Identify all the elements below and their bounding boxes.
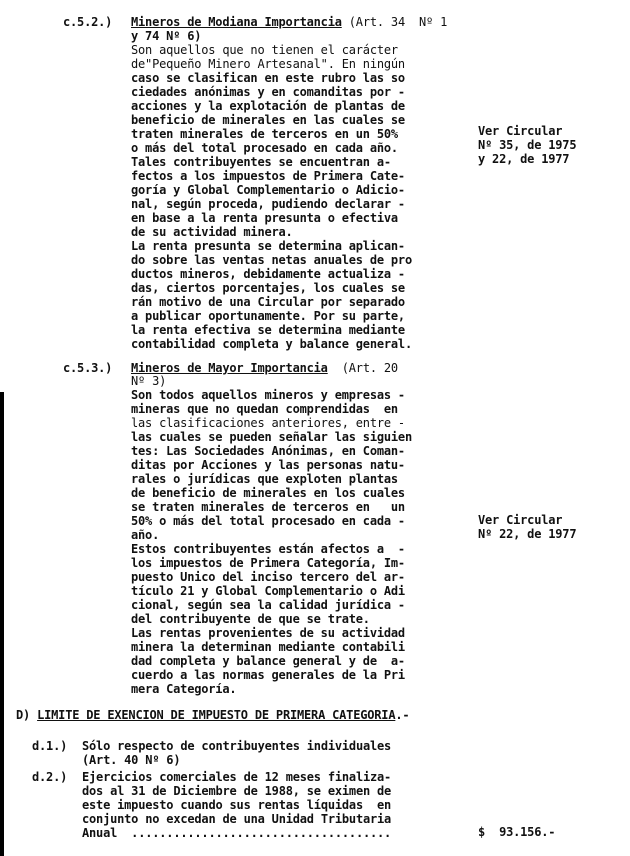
body-line: (Art. 40 Nº 6) bbox=[82, 754, 391, 768]
margin-note-line: Ver Circular bbox=[478, 125, 576, 139]
body-line: las cuales se pueden señalar las siguien bbox=[131, 431, 412, 445]
section-number: c.5.2.) bbox=[63, 16, 112, 30]
body-line: dad completa y balance general y de a- bbox=[131, 655, 412, 669]
body-line: Anual ..................................… bbox=[82, 827, 391, 841]
body-line: las clasificaciones anteriores, entre - bbox=[131, 417, 412, 431]
body-line: en base a la renta presunta o efectiva bbox=[131, 212, 412, 226]
body-line: Son todos aquellos mineros y empresas - bbox=[131, 389, 412, 403]
body-line: La renta presunta se determina aplican- bbox=[131, 240, 412, 254]
body-line: Sólo respecto de contribuyentes individu… bbox=[82, 740, 391, 754]
margin-note-line: y 22, de 1977 bbox=[478, 153, 576, 167]
body-line: tículo 21 y Global Complementario o Adi bbox=[131, 585, 412, 599]
body-line: la renta efectiva se determina mediante bbox=[131, 324, 412, 338]
body-line: puesto Unico del inciso tercero del ar- bbox=[131, 571, 412, 585]
body-line: cuerdo a las normas generales de la Pri bbox=[131, 669, 412, 683]
section-title: Mineros de Mayor Importancia bbox=[131, 361, 328, 375]
body-line: ditas por Acciones y las personas natu- bbox=[131, 459, 412, 473]
body-line: nal, según proceda, pudiendo declarar - bbox=[131, 198, 412, 212]
body-line: y 74 Nº 6) bbox=[131, 30, 412, 44]
body-line: a publicar oportunamente. Por su parte, bbox=[131, 310, 412, 324]
body-line: de"Pequeño Minero Artesanal". En ningún bbox=[131, 58, 412, 72]
margin-note-line: Ver Circular bbox=[478, 514, 576, 528]
body-line: cional, según sea la calidad jurídica - bbox=[131, 599, 412, 613]
body-line: minera la determinan mediante contabili bbox=[131, 641, 412, 655]
body-line: Son aquellos que no tienen el carácter bbox=[131, 44, 412, 58]
body-line: o más del total procesado en cada año. bbox=[131, 142, 412, 156]
body-line: Ejercicios comerciales de 12 meses final… bbox=[82, 771, 391, 785]
section-body: y 74 Nº 6) Son aquellos que no tienen el… bbox=[131, 30, 412, 352]
item-number: d.2.) bbox=[32, 771, 67, 785]
body-line: Tales contribuyentes se encuentran a- bbox=[131, 156, 412, 170]
body-line: Las rentas provenientes de su actividad bbox=[131, 627, 412, 641]
article-reference: (Art. 20 bbox=[328, 361, 398, 375]
body-line: do sobre las ventas netas anuales de pro bbox=[131, 254, 412, 268]
body-line: los impuestos de Primera Categoría, Im- bbox=[131, 557, 412, 571]
body-line: beneficio de minerales en las cuales se bbox=[131, 114, 412, 128]
body-line: mineras que no quedan comprendidas en bbox=[131, 403, 412, 417]
body-line: goría y Global Complementario o Adicio- bbox=[131, 184, 412, 198]
section-body: Nº 3) Son todos aquellos mineros y empre… bbox=[131, 375, 412, 697]
section-heading: Mineros de Modiana Importancia (Art. 34 … bbox=[131, 16, 447, 30]
section-title: LIMITE DE EXENCION DE IMPUESTO DE PRIMER… bbox=[37, 708, 395, 722]
body-line: conjunto no excedan de una Unidad Tribut… bbox=[82, 813, 391, 827]
item-number: d.1.) bbox=[32, 740, 67, 754]
body-line: rales o jurídicas que exploten plantas bbox=[131, 473, 412, 487]
body-line: tes: Las Sociedades Anónimas, en Coman- bbox=[131, 445, 412, 459]
margin-note: Ver Circular Nº 22, de 1977 bbox=[478, 514, 576, 542]
body-line: ciedades anónimas y en comanditas por - bbox=[131, 86, 412, 100]
body-line: 50% o más del total procesado en cada - bbox=[131, 515, 412, 529]
margin-note-line: Nº 22, de 1977 bbox=[478, 528, 576, 542]
body-line: traten minerales de terceros en un 50% bbox=[131, 128, 412, 142]
body-line: rán motivo de una Circular por separado bbox=[131, 296, 412, 310]
body-line: caso se clasifican en este rubro las so bbox=[131, 72, 412, 86]
article-reference: (Art. 34 Nº 1 bbox=[342, 15, 447, 29]
body-line: Estos contribuyentes están afectos a - bbox=[131, 543, 412, 557]
body-line: ductos mineros, debidamente actualiza - bbox=[131, 268, 412, 282]
body-line: año. bbox=[131, 529, 412, 543]
body-line: de su actividad minera. bbox=[131, 226, 412, 240]
item-body: Ejercicios comerciales de 12 meses final… bbox=[82, 771, 391, 841]
section-title: Mineros de Modiana Importancia bbox=[131, 15, 342, 29]
scan-edge-border bbox=[0, 392, 4, 856]
body-line: das, ciertos porcentajes, los cuales se bbox=[131, 282, 412, 296]
section-number: c.5.3.) bbox=[63, 362, 112, 376]
section-title-suffix: .- bbox=[395, 708, 409, 722]
body-line: contabilidad completa y balance general. bbox=[131, 338, 412, 352]
item-body: Sólo respecto de contribuyentes individu… bbox=[82, 740, 391, 768]
margin-note-line: Nº 35, de 1975 bbox=[478, 139, 576, 153]
margin-note: Ver Circular Nº 35, de 1975 y 22, de 197… bbox=[478, 125, 576, 167]
body-line: este impuesto cuando sus rentas líquidas… bbox=[82, 799, 391, 813]
section-heading: Mineros de Mayor Importancia (Art. 20 bbox=[131, 362, 398, 376]
body-line: Nº 3) bbox=[131, 375, 412, 389]
section-number: D) bbox=[16, 708, 30, 722]
body-line: dos al 31 de Diciembre de 1988, se exime… bbox=[82, 785, 391, 799]
body-line: del contribuyente de que se trate. bbox=[131, 613, 412, 627]
body-line: se traten minerales de terceros en un bbox=[131, 501, 412, 515]
body-line: fectos a los impuestos de Primera Cate- bbox=[131, 170, 412, 184]
body-line: de beneficio de minerales en los cuales bbox=[131, 487, 412, 501]
body-line: mera Categoría. bbox=[131, 683, 412, 697]
body-line: acciones y la explotación de plantas de bbox=[131, 100, 412, 114]
section-heading: D) LIMITE DE EXENCION DE IMPUESTO DE PRI… bbox=[16, 709, 409, 723]
exemption-amount: $ 93.156.- bbox=[478, 826, 555, 840]
